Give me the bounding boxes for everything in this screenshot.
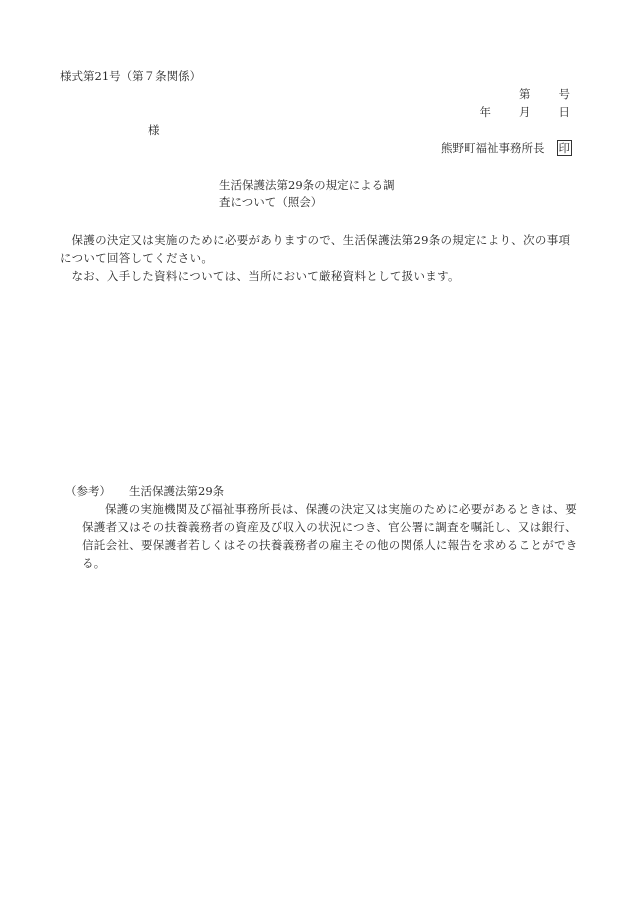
date-day: 日 (559, 104, 571, 120)
body-text: 保護の決定又は実施のために必要がありますので、生活保護法第29条の規定により、次… (60, 231, 578, 285)
doc-number-prefix: 第 (519, 86, 531, 102)
body-paragraph-2: なお、入手した資料については、当所において厳秘資料として扱います。 (60, 267, 578, 285)
document-title: 生活保護法第29条の規定による調 査について（照会） (219, 177, 429, 211)
title-line-2: 査について（照会） (219, 194, 429, 211)
addressee: 様 (148, 122, 160, 138)
sender-block: 熊野町福祉事務所長 印 (441, 140, 572, 156)
reference-heading: （参考）生活保護法第29条 (65, 483, 224, 499)
reference-text: 保護の実施機関及び福祉事務所長は、保護の決定又は実施のために必要があるときは、要… (82, 500, 578, 572)
date-line: 年月日 (480, 104, 571, 120)
reference-label: （参考） (65, 484, 111, 498)
sender-name: 熊野町福祉事務所長 (441, 140, 545, 156)
doc-number-suffix: 号 (559, 86, 571, 102)
body-paragraph-1: 保護の決定又は実施のために必要がありますので、生活保護法第29条の規定により、次… (60, 231, 578, 267)
document-number: 第号 (519, 86, 570, 102)
form-number: 様式第21号（第７条関係） (60, 68, 201, 84)
title-line-1: 生活保護法第29条の規定による調 (219, 177, 429, 194)
date-year: 年 (480, 104, 492, 120)
date-month: 月 (519, 104, 531, 120)
seal-icon: 印 (557, 140, 573, 156)
reference-law-title: 生活保護法第29条 (129, 484, 224, 498)
